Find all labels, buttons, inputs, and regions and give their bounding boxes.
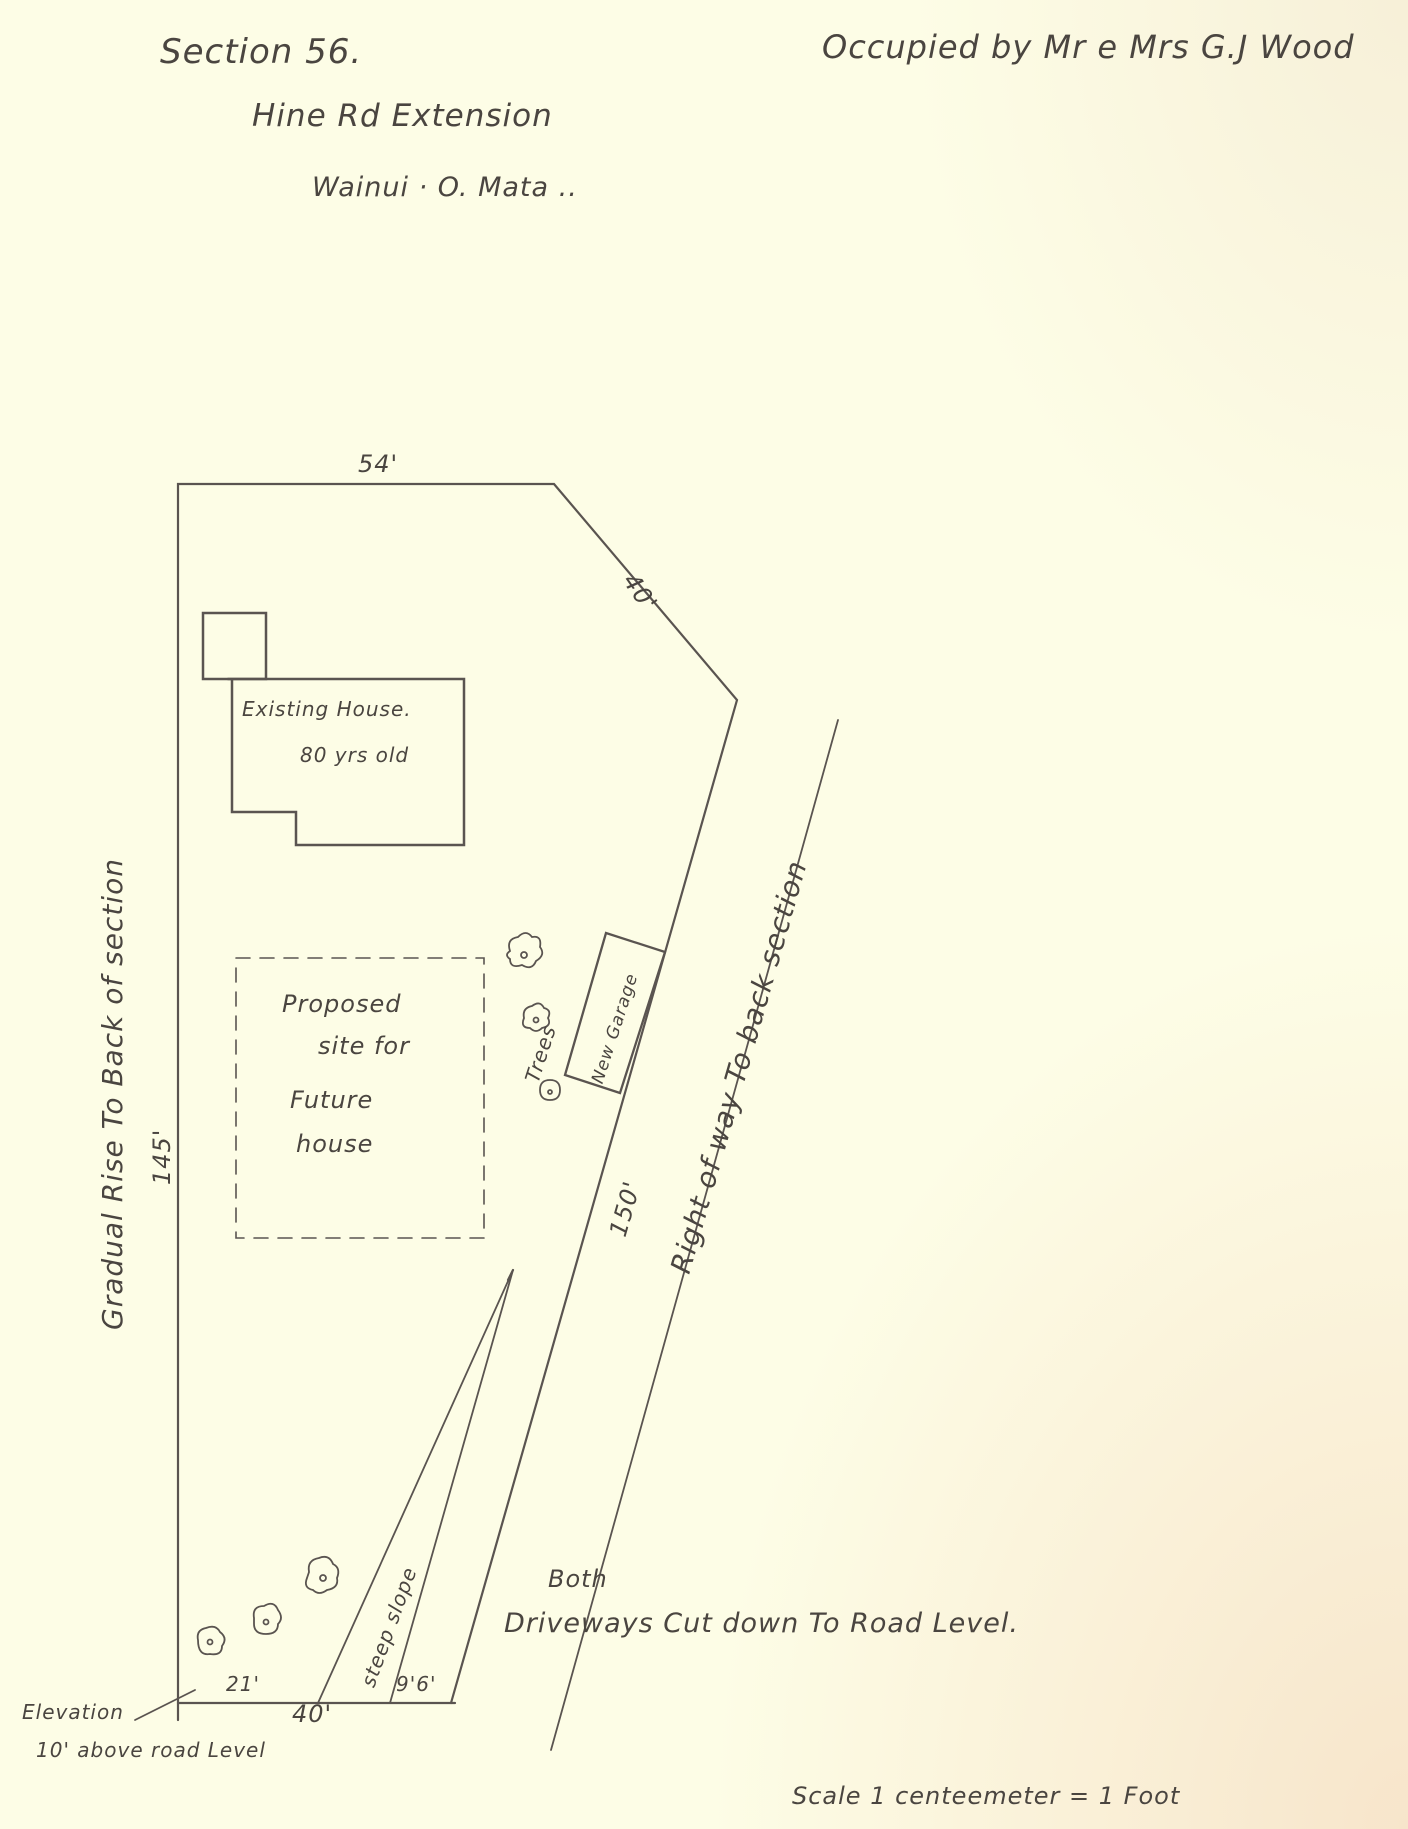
dimension-top: 54' [358, 450, 398, 478]
dimension-left-side: 145' [148, 1129, 176, 1185]
existing-house-outline [203, 613, 464, 845]
lot-boundary [178, 484, 737, 1703]
dimension-bottom-driveway: 9'6' [396, 1672, 436, 1696]
driveways-note: Driveways Cut down To Road Level. [504, 1608, 1019, 1639]
tree-icon [507, 933, 542, 967]
existing-house-label: Existing House. [242, 697, 412, 721]
site-plan-drawing [0, 0, 1408, 1829]
proposed-site-label-4: house [296, 1130, 373, 1158]
proposed-site-label-3: Future [290, 1086, 373, 1114]
proposed-site-label-2: site for [318, 1032, 410, 1060]
dimension-bottom-total: 40' [292, 1700, 332, 1728]
proposed-site-label-1: Proposed [282, 990, 401, 1018]
scale-note: Scale 1 centeemeter = 1 Foot [792, 1782, 1180, 1810]
dimension-bottom-left: 21' [226, 1672, 260, 1696]
elevation-note: 10' above road Level [36, 1738, 266, 1762]
steep-slope-outline [318, 1270, 513, 1703]
existing-house-age: 80 yrs old [300, 743, 409, 767]
tree-icon [198, 1627, 225, 1655]
gradual-rise-label: Gradual Rise To Back of section [96, 858, 129, 1330]
tree-icon [254, 1604, 281, 1634]
tree-icon [306, 1557, 338, 1593]
both-label: Both [548, 1565, 608, 1593]
elevation-label: Elevation [22, 1700, 124, 1724]
